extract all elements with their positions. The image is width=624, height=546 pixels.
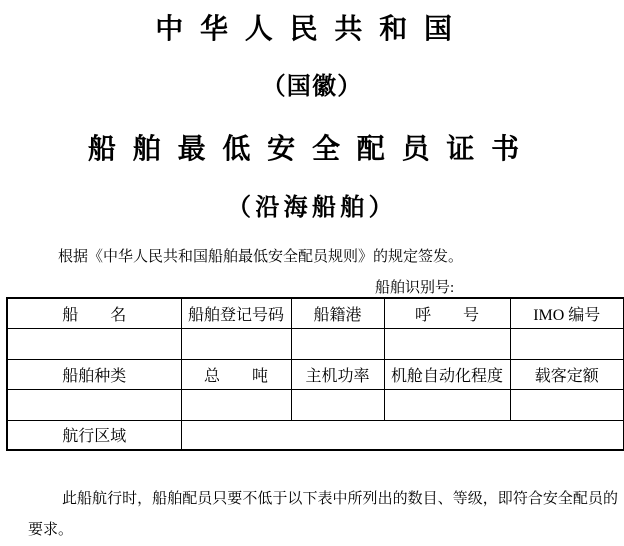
table-row-header2: 船舶种类 总 吨 主机功率 机舱自动化程度 载客定额 — [7, 359, 624, 389]
cell-engine-room-automation — [384, 389, 510, 420]
header-gross-tonnage: 总 吨 — [181, 359, 291, 389]
certificate-page: 中华人民共和国 （国徽） 船舶最低安全配员证书 （沿海船舶） 根据《中华人民共和… — [0, 0, 624, 546]
cell-engine-power — [291, 389, 384, 420]
table-row-values1 — [7, 328, 624, 359]
header-engine-power: 主机功率 — [291, 359, 384, 389]
ship-id-label: 船舶识别号: — [375, 276, 454, 297]
cell-call-sign — [384, 328, 510, 359]
national-emblem-placeholder: （国徽） — [0, 66, 624, 101]
table-row-values2 — [7, 389, 624, 420]
header-imo-number: IMO 编号 — [510, 298, 624, 328]
manning-requirement-note: 此船航行时，船舶配员只要不低于以下表中所列出的数目、等级，即符合安全配员的要求。 — [28, 484, 618, 546]
header-voyage-area: 航行区域 — [7, 420, 181, 450]
header-passenger-capacity: 载客定额 — [510, 359, 624, 389]
table-row-header1: 船 名 船舶登记号码 船籍港 呼 号 IMO 编号 — [7, 298, 624, 328]
header-port-of-registry: 船籍港 — [291, 298, 384, 328]
table-row-voyage-area: 航行区域 — [7, 420, 624, 450]
ship-info-table: 船 名 船舶登记号码 船籍港 呼 号 IMO 编号 船舶种类 总 吨 主机功率 … — [6, 297, 624, 451]
header-ship-name: 船 名 — [7, 298, 181, 328]
cell-ship-name — [7, 328, 181, 359]
issuance-note: 根据《中华人民共和国船舶最低安全配员规则》的规定签发。 — [28, 247, 608, 267]
cell-port-of-registry — [291, 328, 384, 359]
country-title: 中华人民共和国 — [0, 7, 624, 47]
header-call-sign: 呼 号 — [384, 298, 510, 328]
header-registration-number: 船舶登记号码 — [181, 298, 291, 328]
cell-passenger-capacity — [510, 389, 624, 420]
cell-gross-tonnage — [181, 389, 291, 420]
cell-voyage-area — [181, 420, 624, 450]
header-engine-room-automation: 机舱自动化程度 — [384, 359, 510, 389]
header-ship-type: 船舶种类 — [7, 359, 181, 389]
certificate-title: 船舶最低安全配员证书 — [0, 127, 624, 167]
certificate-subtitle: （沿海船舶） — [0, 187, 624, 222]
cell-registration-number — [181, 328, 291, 359]
cell-imo-number — [510, 328, 624, 359]
cell-ship-type — [7, 389, 181, 420]
